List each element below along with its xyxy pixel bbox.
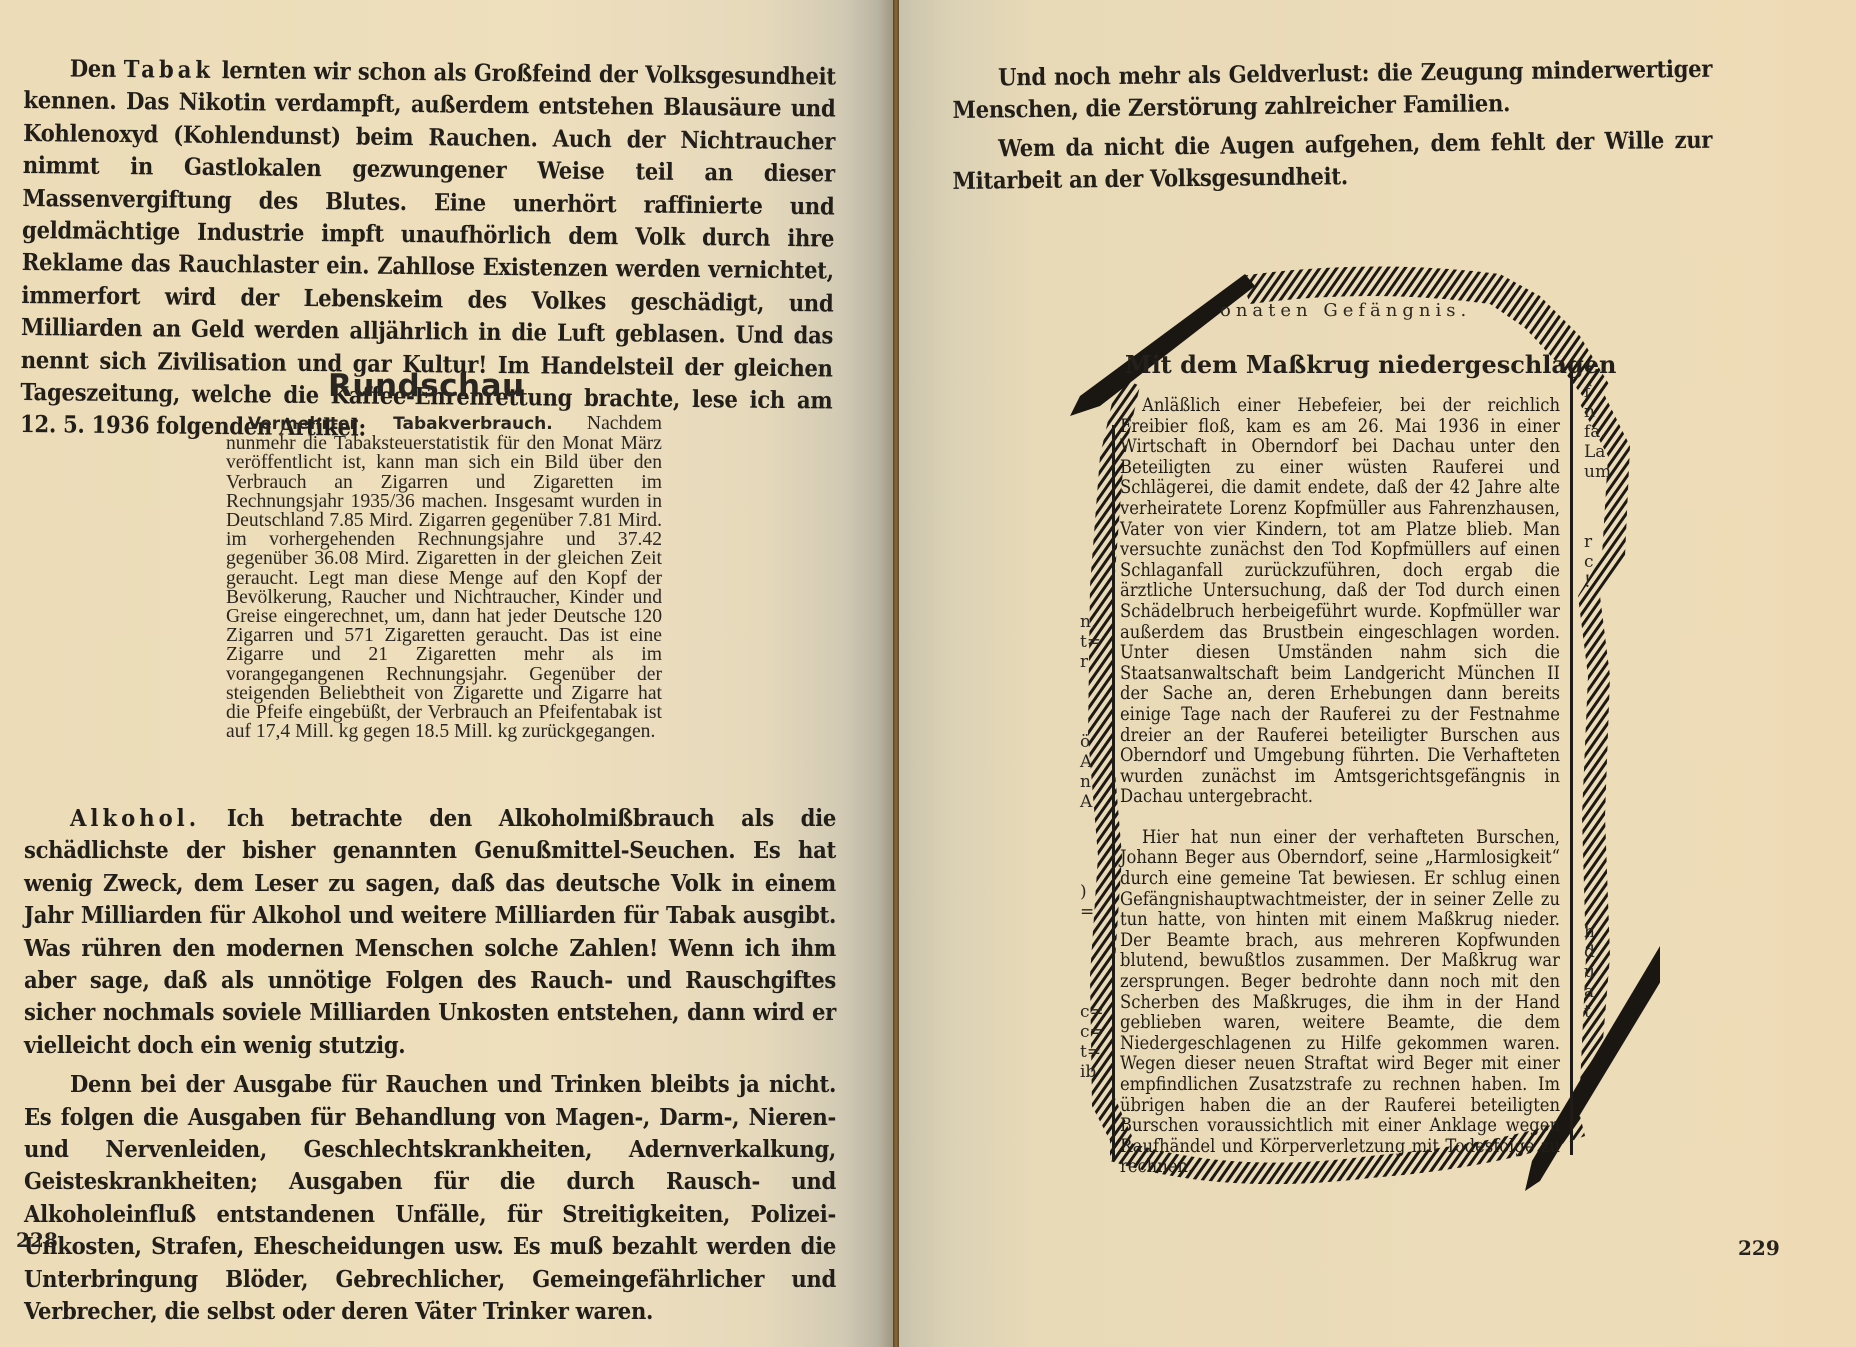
fragment: c [1584,552,1611,572]
clipping-headline: Mit dem Maßkrug niedergeschlagen [1125,350,1565,379]
page-number-left: 228 [16,1228,58,1252]
clipping-top-fragment: onaten Gefängnis. [1220,300,1471,321]
clipping-body: Anläßlich einer Hebefeier, bei der reich… [1120,396,1560,1178]
article-lead: Vermehrter Tabakverbrauch. [248,414,553,434]
left-page: Den Tabak lernten wir schon als Großfein… [0,0,896,1347]
article-text: Nachdem nunmehr die Tabaksteuerstatistik… [226,413,662,742]
fragment: a [1584,982,1611,1002]
alkohol-section: Alkohol. Ich betrachte den Alkoholmißbra… [24,802,836,1328]
fragment: u [1584,962,1611,982]
fragment: t [1584,1002,1611,1022]
fragment: La [1584,442,1611,462]
paragraph-start: Den [70,54,124,83]
paragraph-volksgesundheit: Wem da nicht die Augen aufgehen, dem feh… [952,124,1713,198]
rundschau-article: Vermehrter Tabakverbrauch. Nachdem nunme… [226,414,662,741]
fragment: ö [1080,732,1104,752]
fragment: f [1584,382,1611,402]
fragment: r [1584,532,1611,552]
left-column-fragments: n, t= r ö A n A ) = c= c= t= ib [1080,612,1104,1082]
paragraph-geldverlust: Und noch mehr als Geldverlust: die Zeugu… [952,53,1713,127]
fragment: n [1080,772,1104,792]
fragment: ib [1080,1062,1104,1082]
right-page-text: Und noch mehr als Geldverlust: die Zeugu… [952,62,1712,198]
lead-word-tabak: Tabak [124,55,215,84]
column-rule-right [1570,370,1573,1155]
page-number-right: 229 [1738,1236,1780,1260]
fragment: n, [1080,612,1104,632]
alkohol-text: Ich betrachte den Alkoholmißbrauch als d… [24,804,836,1059]
fragment: ) [1080,882,1104,902]
fragment: r [1080,652,1104,672]
fragment: c= [1080,1002,1104,1022]
fragment: ! [1584,572,1611,592]
fragment: n [1584,402,1611,422]
fragment: t= [1080,1042,1104,1062]
clipping-paragraph-1: Anläßlich einer Hebefeier, bei der reich… [1120,396,1560,808]
fragment: c= [1080,1022,1104,1042]
fragment: d [1584,942,1611,962]
ausgaben-paragraph: Denn bei der Ausgabe für Rauchen und Tri… [24,1068,836,1327]
fragment: A [1080,752,1104,772]
fragment: t= [1080,632,1104,652]
lead-word-alkohol: Alkohol. [70,804,200,832]
fragment: = [1080,902,1104,922]
column-rule-left [1112,425,1115,1160]
rundschau-title: Rundschau [328,368,528,404]
fragment: fa. [1584,422,1611,442]
right-column-fragments: f n fa. La um r c ! h d u a t [1584,382,1611,1022]
fragment: um [1584,462,1611,482]
clipping-paragraph-2: Hier hat nun einer der verhafteten Bursc… [1120,828,1560,1178]
fragment: h [1584,922,1611,942]
fragment: A [1080,792,1104,812]
